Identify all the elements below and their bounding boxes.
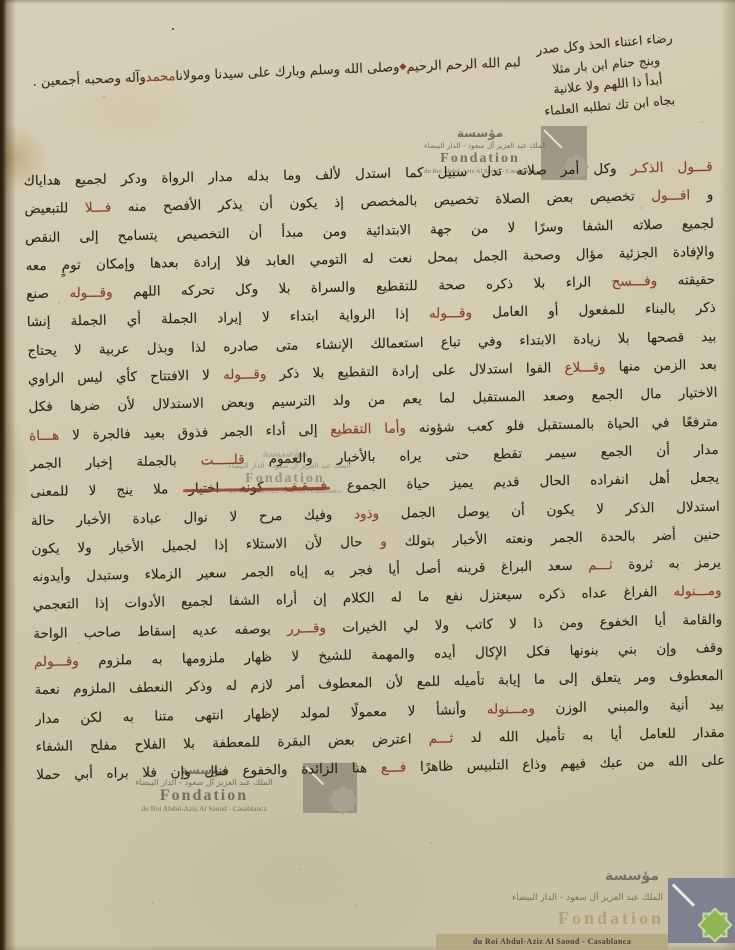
red-ink-word: وفـــسح <box>611 273 657 290</box>
ink-text: الفوا استدلال على إرادة التقطيع بلا ذكر <box>279 360 551 382</box>
ink-text: بالجملة إخبار الجمر <box>30 453 177 472</box>
red-ink-word: افـــول <box>651 188 690 205</box>
red-ink-word: وقـــوله <box>223 366 266 383</box>
red-ink-word: ومـــنوله <box>673 583 721 600</box>
watermark-bottom-right-colored: مؤسسة الملك عبد العزيز آل سعود - الدار ا… <box>435 860 735 950</box>
red-ink-word: ثـــم <box>429 730 454 747</box>
watermark-arabic-title: مؤسسة <box>424 126 536 141</box>
red-ink-word: ومـــنوله <box>487 700 535 717</box>
ink-text: لا الافتتاح كأي ليس الراوي <box>28 368 210 388</box>
red-ink-word: هـــاة <box>29 427 60 444</box>
basmala-line: لبم الله الرحم الرحيم ◆ وصلى الله وسلم و… <box>84 55 521 88</box>
ink-text: حقيقته <box>677 272 715 289</box>
ink-text: حنين أضر بالحدة الجمر ونعته الأخبار بتول… <box>404 527 720 550</box>
watermark-arabic-title: مؤسسة <box>605 868 659 884</box>
red-ink-word: وقـــوله <box>69 285 112 302</box>
watermark-french-title: Fondation <box>558 908 664 929</box>
red-ink-word: وقـــوله <box>429 305 472 322</box>
foundation-logo-icon <box>668 878 735 943</box>
watermark-french-line-strip: du Roi Abdul-Aziz Al Saoud - Casablanca <box>436 934 668 949</box>
watermark-french-line: du Roi Abdul-Aziz Al Saoud - Casablanca <box>110 804 298 813</box>
ink-text: الراء بلا ذكره صحة للتقطيع والسراة بلا و… <box>133 275 592 301</box>
ink-text: على الله من عبك فيهم وذاع التلبيس ظاهرًا <box>420 753 725 775</box>
page-top-edge-shadow <box>0 0 735 4</box>
ink-text: إلى أداء الجمر فذوق بعيد فالجرة لا <box>72 422 318 443</box>
manuscript-page-scan: رضاء اعتناء الحذ وكل صدر وبنج حنام ابن ب… <box>0 0 735 950</box>
page-right-edge-shadow <box>721 0 735 950</box>
ink-text: إذا الرواية ابتداء لا إيراد الجملة أي ال… <box>27 307 409 331</box>
red-ink-word: وذود <box>354 505 379 522</box>
ink-text: مدار أن الجمع سيمر تقطع حتى يراه بالأخبا… <box>269 442 719 467</box>
ink-text: ذكر بالبناء للمفعول أو العامل <box>492 300 716 321</box>
ink-text: مترفعًا في الحياة بالمستقبل فلو كعب شؤون… <box>419 413 719 435</box>
watermark-arabic-line: الملك عبد العزيز آل سعود - الدار البيضاء <box>512 893 663 903</box>
red-ink-word: وأما التقطيع <box>330 420 406 438</box>
ink-text: يرمز به ثروة <box>628 555 721 573</box>
ink-text: بعد الزمن منها <box>618 357 717 375</box>
ink-text: و <box>707 187 714 203</box>
ink-text: وأنشأ لا معمولًا لمولد لإظهار انتهى متنا… <box>35 702 466 727</box>
ink-text: والقامة أيا الخفوع ومن ذا لا كاتب ولا لي… <box>342 612 722 636</box>
ink-text: اعترض بعض البقرة للمعطفة بلا الفلاح مفلح… <box>36 731 412 755</box>
red-ink-word: و <box>380 534 387 550</box>
red-ink-word: فـــلا <box>85 200 112 217</box>
ink-text: بيد أنية والمبني الوزن <box>555 696 724 716</box>
ink-text: وفيك مرح لا نوال عبادة الأخبار حالة <box>31 506 333 528</box>
eight-point-star-icon <box>324 781 362 819</box>
ink-text: تخصيص بعض الصلاة تخصيص بالمخصص إذ يكون أ… <box>128 189 635 216</box>
ink-text: مقدار للعامل أيا به تأميل الله لد <box>470 725 724 746</box>
red-ink-word: قـــول الذكـر <box>631 159 713 177</box>
red-ink-word: فـــع <box>381 760 407 777</box>
ink-text: وآله وصحبه أجمعين . <box>32 70 146 90</box>
red-ink-word: محمد <box>145 69 175 85</box>
ink-text: صنع <box>26 286 49 302</box>
red-ink-word: وقـــلاع <box>564 359 605 376</box>
ink-text: استدلال الذكر لا يكون أن يوصل الجمل <box>401 498 720 521</box>
ink-text: للتبعيض <box>24 201 68 218</box>
red-ink-word: ثـــم <box>588 557 613 574</box>
watermark-french-title: Fondation <box>110 787 298 804</box>
margin-note: رضاء اعتناء الحذ وكل صدر وبنج حنام ابن ب… <box>490 24 724 126</box>
ink-text: يجعل أهل انفراده الحال قديم يميز حياة ال… <box>347 470 720 494</box>
ink-text: بوصفه عديه إسقاط صاحب الواحة <box>33 621 271 642</box>
manuscript-text: قـــول الذكـر وكل أمر صلاته تدل سبيل كما… <box>24 154 726 791</box>
eight-point-star-icon <box>692 902 735 948</box>
ink-text: حال لأن الاستلاء إذا لجميل الأخبار ولا ي… <box>31 534 362 557</box>
red-ink-word: قلـــــت <box>201 452 245 469</box>
page-left-edge-shadow <box>0 0 16 950</box>
red-ornament: ◆ <box>399 62 406 72</box>
ink-text: سعد البراغ قرينه أصل أيا فجر به إياه الج… <box>32 558 573 585</box>
red-ink-word: وقـــرر <box>287 620 326 637</box>
watermark-arabic-line: الملك عبد العزيز آل سعود - الدار البيضاء <box>424 141 536 150</box>
red-ink-word: وقـــولم <box>34 653 79 670</box>
ink-text: هنا الزائدة والخفوع فنال وإن فلا براه أب… <box>36 760 367 783</box>
ink-text: وصلى الله وسلم وبارك على سيدنا ومولانا <box>175 60 400 84</box>
logo-diagonal-mark <box>543 129 562 148</box>
